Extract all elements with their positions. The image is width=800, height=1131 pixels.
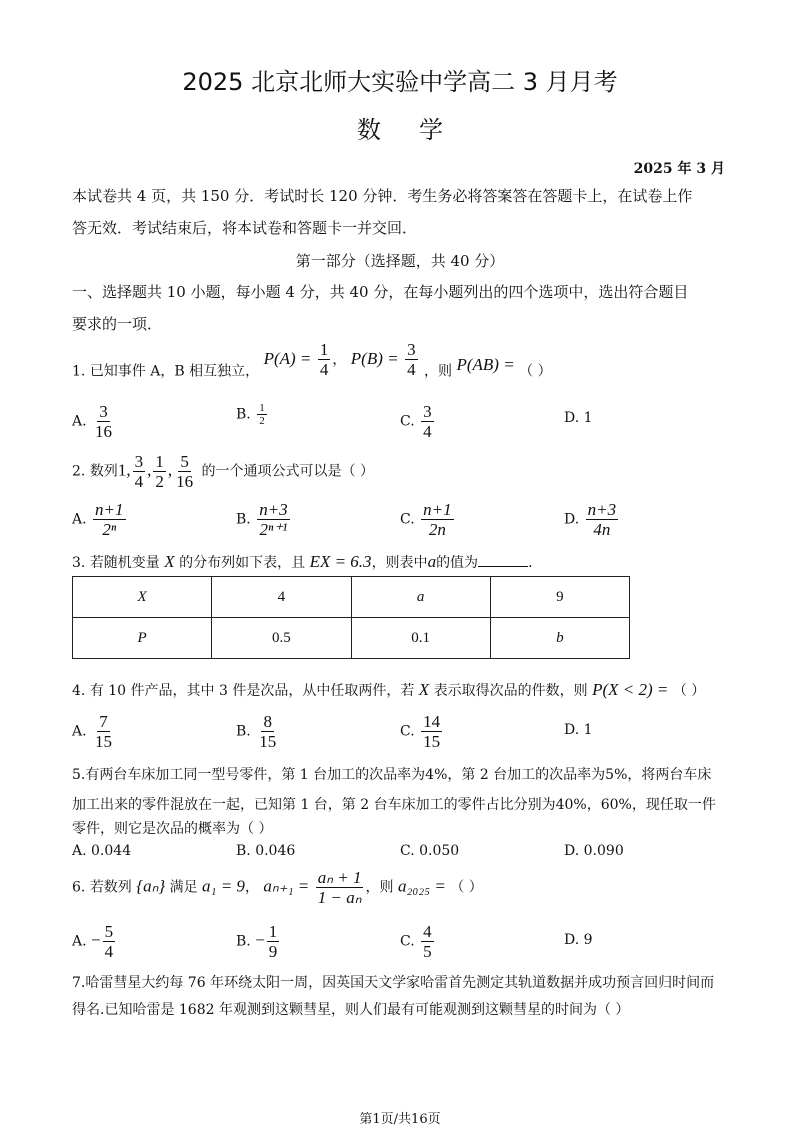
table-row: P 0.5 0.1 b xyxy=(73,618,630,659)
question-5-line-3: 零件，则它是次品的概率为（ ） xyxy=(72,818,272,838)
table-cell: 0.5 xyxy=(212,618,351,659)
table-cell: b xyxy=(490,618,629,659)
question-1: 1. 已知事件 A，B 相互独立， P(A) = 14， P(B) = 34 ，… xyxy=(72,352,552,391)
question-5-line-2: 加工出来的零件混放在一起，已知第 1 台，第 2 台车床加工的零件占比分别为40… xyxy=(72,794,716,814)
table-cell: a xyxy=(351,577,490,618)
fraction: 14 xyxy=(318,340,331,379)
q2-option-b: B. n+32ⁿ⁺¹ xyxy=(236,500,292,539)
answer-paren: （ ） xyxy=(519,364,551,380)
section-desc-line-2: 要求的一项． xyxy=(72,308,162,340)
question-5-line-1: 5.有两台车床加工同一型号零件，第 1 台加工的次品率为4%，第 2 台加工的次… xyxy=(72,764,711,784)
math-expr: P(AB) = xyxy=(456,355,514,374)
q6-option-d: D. 9 xyxy=(564,932,593,948)
instructions-line-2: 答无效．考试结束后，将本试卷和答题卡一并交回． xyxy=(72,212,417,244)
q4-option-c: C. 1415 xyxy=(400,712,444,751)
q2-option-d: D. n+34n xyxy=(564,500,620,539)
q4-option-b: B. 815 xyxy=(236,712,280,751)
question-number: 1. xyxy=(72,364,85,380)
table-cell: P xyxy=(73,618,212,659)
q2-option-a: A. n+12ⁿ xyxy=(72,500,128,539)
instructions-line-1: 本试卷共 4 页，共 150 分．考试时长 120 分钟．考生务必将答案答在答题… xyxy=(72,180,692,212)
question-7-line-1: 7.哈雷彗星大约每 76 年环绕太阳一周，因英国天文学家哈雷首先测定其轨道数据并… xyxy=(72,972,714,992)
exam-title: 2025 北京北师大实验中学高二 3 月月考 xyxy=(0,62,800,97)
q6-option-b: B. −19 xyxy=(236,922,281,961)
distribution-table: X 4 a 9 P 0.5 0.1 b xyxy=(72,576,630,659)
table-cell: 4 xyxy=(212,577,351,618)
q4-option-d: D. 1 xyxy=(564,722,593,738)
q1-option-b: B. 12 xyxy=(236,402,269,427)
q5-option-c: C. 0.050 xyxy=(400,843,459,859)
question-4: 4. 有 10 件产品，其中 3 件是次品，从中任取两件，若 X 表示取得次品的… xyxy=(72,680,705,700)
fraction: 34 xyxy=(405,340,418,379)
question-stem-post: ，则 xyxy=(424,364,452,380)
q5-option-b: B. 0.046 xyxy=(236,843,295,859)
q1-option-a: A. 316 xyxy=(72,402,116,441)
q1-option-d: D. 1 xyxy=(564,410,593,426)
question-7-line-2: 得名.已知哈雷是 1682 年观测到这颗彗星，则人们最有可能观测到这颗彗星的时间… xyxy=(72,999,629,1019)
q1-option-c: C. 34 xyxy=(400,402,436,441)
q5-option-a: A. 0.044 xyxy=(72,843,131,859)
q6-option-a: A. −54 xyxy=(72,922,117,961)
part-heading: 第一部分（选择题，共 40 分） xyxy=(0,250,800,271)
question-stem: 已知事件 A，B 相互独立， xyxy=(90,364,259,380)
page-number: 第1页/共16页 xyxy=(0,1108,800,1127)
math-expr: P(B) = xyxy=(351,349,399,368)
section-desc-line-1: 一、选择题共 10 小题，每小题 4 分，共 40 分，在每小题列出的四个选项中… xyxy=(72,276,688,308)
q5-option-d: D. 0.090 xyxy=(564,843,624,859)
exam-date: 2025 年 3 月 xyxy=(634,158,725,178)
subject-title: 数学 xyxy=(0,110,800,145)
answer-blank[interactable] xyxy=(478,566,528,567)
table-cell: X xyxy=(73,577,212,618)
question-3: 3. 若随机变量 X 的分布列如下表，且 EX = 6.3，则表中a的值为． xyxy=(72,552,542,572)
question-2: 2. 数列1,34,12,516 的一个通项公式可以是（ ） xyxy=(72,452,374,491)
table-cell: 0.1 xyxy=(351,618,490,659)
table-row: X 4 a 9 xyxy=(73,577,630,618)
q4-option-a: A. 715 xyxy=(72,712,116,751)
math-expr: P(A) = xyxy=(264,349,312,368)
q2-option-c: C. n+12n xyxy=(400,500,456,539)
table-cell: 9 xyxy=(490,577,629,618)
q6-option-c: C. 45 xyxy=(400,922,436,961)
question-6: 6. 若数列 {aₙ} 满足 a₁ = 9， aₙ₊₁ = aₙ + 11 − … xyxy=(72,868,483,907)
